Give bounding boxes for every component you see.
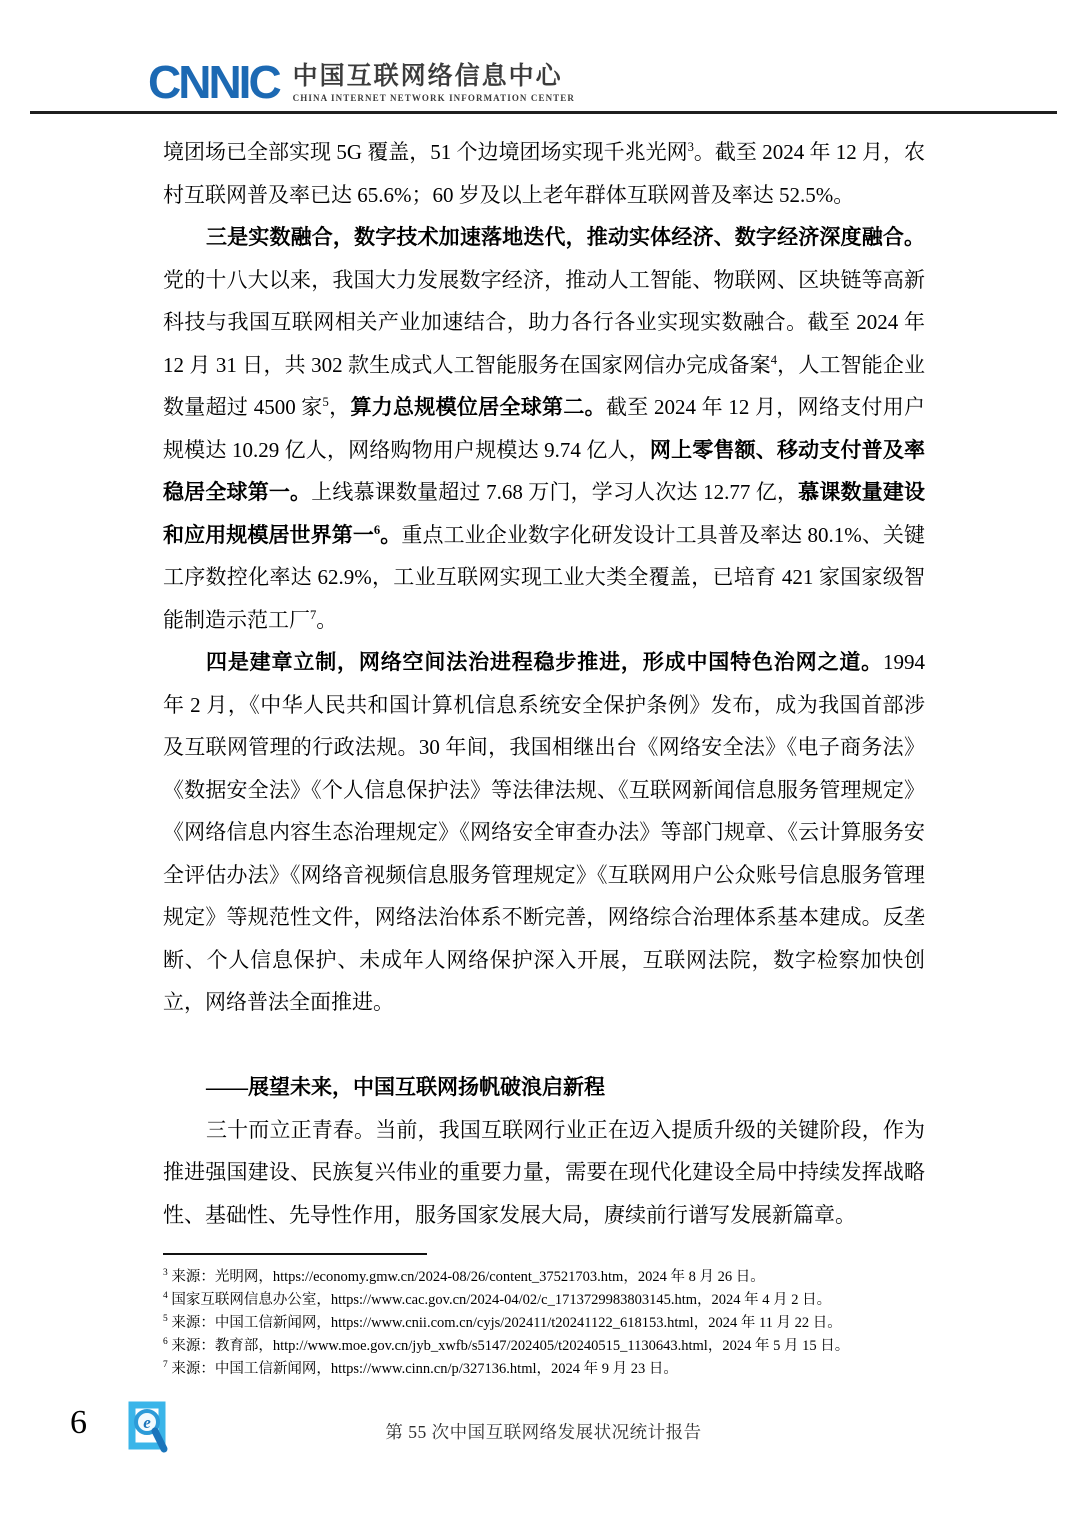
paragraph-third-point: 三是实数融合，数字技术加速落地迭代，推动实体经济、数字经济深度融合。党的十八大以…	[163, 216, 925, 641]
footnotes-list: 3 来源：光明网，https://economy.gmw.cn/2024-08/…	[163, 1266, 928, 1381]
footnote-3: 3 来源：光明网，https://economy.gmw.cn/2024-08/…	[163, 1266, 928, 1289]
text-segment: 。	[316, 608, 337, 632]
cnnic-logo: CNNIC	[148, 62, 279, 102]
text-segment: 1994 年 2 月，《中华人民共和国计算机信息系统安全保护条例》发布，成为我国…	[163, 650, 925, 1014]
paragraph-fourth-point: 四是建章立制，网络空间法治进程稳步推进，形成中国特色治网之道。1994 年 2 …	[163, 641, 925, 1024]
footnote-4: 4 国家互联网信息办公室，https://www.cac.gov.cn/2024…	[163, 1289, 928, 1312]
org-name-chinese: 中国互联网络信息中心	[293, 62, 575, 92]
body-paragraphs: 境团场已全部实现 5G 覆盖，51 个边境团场实现千兆光网3。截至 2024 年…	[163, 131, 925, 1236]
text-segment: 。	[380, 523, 401, 547]
text-segment: ，	[329, 395, 351, 419]
paragraph-continuation: 境团场已全部实现 5G 覆盖，51 个边境团场实现千兆光网3。截至 2024 年…	[163, 131, 925, 216]
footnote-6: 6 来源：教育部，http://www.moe.gov.cn/jyb_xwfb/…	[163, 1335, 928, 1358]
org-name-english: CHINA INTERNET NETWORK INFORMATION CENTE…	[293, 93, 575, 103]
header-divider	[30, 111, 1057, 114]
org-name-block: 中国互联网络信息中心 CHINA INTERNET NETWORK INFORM…	[293, 62, 575, 103]
footnote-text: 来源：教育部，http://www.moe.gov.cn/jyb_xwfb/s5…	[168, 1338, 850, 1354]
text-segment: 境团场已全部实现 5G 覆盖，51 个边境团场实现千兆光网	[163, 140, 688, 164]
footer-report-title: 第 55 次中国互联网络发展状况统计报告	[0, 1419, 1087, 1444]
footnotes-section: 3 来源：光明网，https://economy.gmw.cn/2024-08/…	[163, 1253, 928, 1381]
footnote-text: 来源：中国工信新闻网，https://www.cnii.com.cn/cyjs/…	[168, 1315, 842, 1331]
page-header: CNNIC 中国互联网络信息中心 CHINA INTERNET NETWORK …	[148, 62, 575, 103]
text-segment: 三是实数融合，数字技术加速落地迭代，推动实体经济、数字经济深度融合。	[206, 225, 925, 249]
text-segment: ——展望未来，中国互联网扬帆破浪启新程	[206, 1075, 605, 1099]
text-segment: 三十而立正青春。当前，我国互联网行业正在迈入提质升级的关键阶段，作为推进强国建设…	[163, 1118, 925, 1227]
footnote-divider	[163, 1253, 427, 1255]
section-heading-outlook: ——展望未来，中国互联网扬帆破浪启新程	[163, 1066, 925, 1109]
report-page: CNNIC 中国互联网络信息中心 CHINA INTERNET NETWORK …	[0, 0, 1087, 1535]
text-segment: 四是建章立制，网络空间法治进程稳步推进，形成中国特色治网之道。	[206, 650, 883, 674]
text-segment: 算力总规模位居全球第二。	[350, 395, 606, 419]
footnote-text: 国家互联网信息办公室，https://www.cac.gov.cn/2024-0…	[168, 1292, 831, 1308]
footnote-text: 来源：中国工信新闻网，https://www.cinn.cn/p/327136.…	[168, 1361, 678, 1377]
footnote-5: 5 来源：中国工信新闻网，https://www.cnii.com.cn/cyj…	[163, 1312, 928, 1335]
text-segment: 上线慕课数量超过 7.68 万门，学习人次达 12.77 亿，	[311, 480, 798, 504]
footnote-7: 7 来源：中国工信新闻网，https://www.cinn.cn/p/32713…	[163, 1358, 928, 1381]
footnote-text: 来源：光明网，https://economy.gmw.cn/2024-08/26…	[168, 1269, 765, 1285]
paragraph-outlook: 三十而立正青春。当前，我国互联网行业正在迈入提质升级的关键阶段，作为推进强国建设…	[163, 1109, 925, 1237]
